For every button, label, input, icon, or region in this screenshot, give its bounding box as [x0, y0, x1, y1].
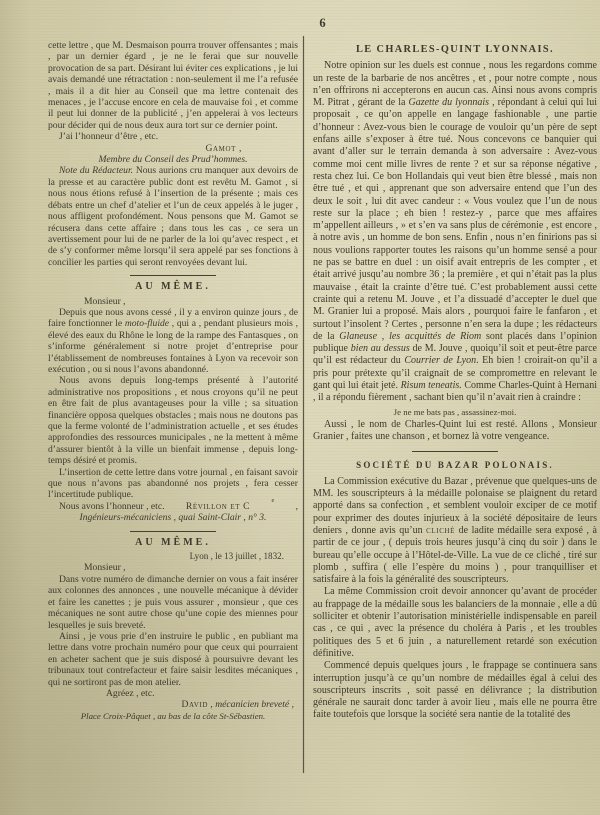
- paragraph-duels: Notre opinion sur les duels est connue ,…: [313, 60, 597, 404]
- quotation-line: Je ne me bats pas , assassinez-moi.: [313, 406, 597, 418]
- section-heading-bazar-polonais: SOCIÉTÉ DU BAZAR POLONAIS.: [313, 459, 597, 471]
- signature-revillon: Nous avons l’honneur , etc.Révillon et C…: [48, 501, 298, 512]
- paragraph-contrefacteur: Ainsi , je vous prie d’en instruire le p…: [48, 631, 298, 688]
- signature-title: Membre du Conseil des Prud’hommes.: [48, 154, 298, 165]
- page-number: 6: [48, 16, 598, 31]
- closing-formula: J’ai l’honneur d’être , etc.: [48, 131, 298, 142]
- section-divider: [412, 451, 498, 452]
- paragraph-commission-frappage: La même Commission croit devoir annoncer…: [313, 586, 597, 660]
- paragraph-gamot-letter: cette lettre , que M. Desmaison pourra t…: [48, 40, 298, 131]
- date-line: Lyon , le 13 juillet , 1832.: [48, 551, 298, 562]
- paragraph-vengeance: Aussi , le nom de Charles-Quint lui est …: [313, 419, 597, 444]
- paragraph-distribution: Commencé depuis quelques jours , le frap…: [313, 660, 597, 721]
- salutation: Monsieur ,: [48, 296, 298, 307]
- section-divider: [130, 275, 216, 276]
- section-heading-au-meme-1: AU MÊME.: [48, 281, 298, 292]
- paragraph-propositions: Nous avons depuis long-temps présenté à …: [48, 375, 298, 466]
- section-heading-au-meme-2: AU MÊME.: [48, 537, 298, 548]
- column-divider: [303, 36, 304, 773]
- paragraph-mecanique: Dans votre numéro de dimanche dernier on…: [48, 574, 298, 631]
- paragraph-commission-cliche: La Commission exécutive du Bazar , préve…: [313, 476, 597, 587]
- section-divider: [130, 531, 216, 532]
- right-column: LE CHARLES-QUINT LYONNAIS.Notre opinion …: [313, 44, 597, 722]
- paragraph-insertion: L’insertion de cette lettre dans votre j…: [48, 467, 298, 501]
- paragraph-moto-fluide: Depuis que nous avons cessé , il y a env…: [48, 307, 298, 375]
- newspaper-page: 6 cette lettre , que M. Desmaison pourra…: [0, 0, 600, 815]
- salutation: Monsieur ,: [48, 562, 298, 573]
- left-column: cette lettre , que M. Desmaison pourra t…: [48, 40, 298, 722]
- signature-gamot: Gamot ,: [48, 143, 298, 154]
- signature-david: David , mécanicien breveté ,: [48, 699, 298, 710]
- paragraph-editor-note: Note du Rédacteur. Nous aurions cru manq…: [48, 165, 298, 268]
- closing-formula: Agréez , etc.: [48, 688, 298, 699]
- signature-address: Ingénieurs-mécaniciens , quai Saint-Clai…: [48, 512, 298, 523]
- section-heading-charles-quint: LE CHARLES-QUINT LYONNAIS.: [313, 44, 597, 56]
- signature-address: Place Croix-Pâquet , au bas de la côte S…: [48, 711, 298, 722]
